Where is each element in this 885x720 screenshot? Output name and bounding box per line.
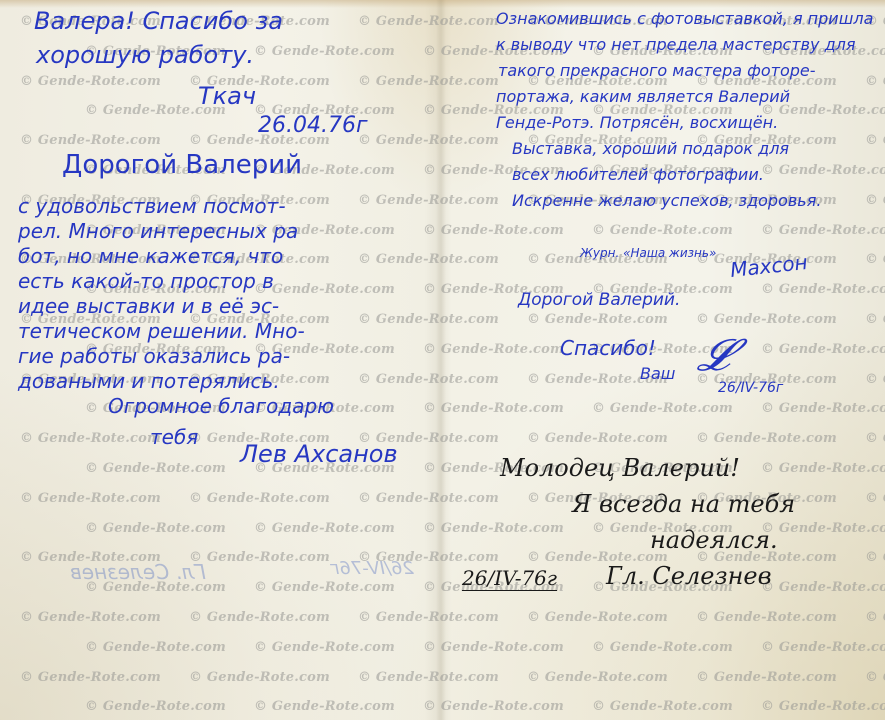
- right-entry1-line: Гендe-Ротэ. Потрясён, восхищён.: [496, 110, 873, 136]
- right-entry1-affiliation: Журн. «Наша жизнь»: [580, 246, 716, 260]
- right-entry3-line: Я всегда на тебя: [500, 486, 795, 522]
- left-entry2-line: бот, но мне кажется, что: [18, 244, 334, 269]
- right-entry1-line: Выставка, хороший подарок для: [496, 136, 873, 162]
- right-entry1-line: Искренне желаю успехов, здоровья.: [496, 188, 873, 214]
- left-entry2-line: с удовольствием посмот-: [18, 194, 334, 219]
- right-entry1-line: к выводу что нет предела мастерству для: [496, 32, 873, 58]
- right-entry1-body: Ознакомившись с фотовыставкой, я пришла …: [496, 6, 873, 214]
- left-entry2-line: Огромное благодарю: [18, 394, 334, 419]
- right-entry2-closing: Ваш: [640, 364, 675, 383]
- right-entry3-body: Молодец Валерий! Я всегда на тебя надеял…: [500, 450, 795, 558]
- right-entry3-line: Молодец Валерий!: [500, 450, 795, 486]
- left-entry2-line: тетическом решении. Мно-: [18, 319, 334, 344]
- left-entry1-line: хорошую работу.: [34, 38, 283, 72]
- left-entry2-greeting: Дорогой Валерий: [62, 150, 302, 180]
- right-entry2-line: Спасибо!: [560, 336, 656, 360]
- left-entry2-line: рел. Много интересных ра: [18, 219, 334, 244]
- left-entry2-line: идее выставки и в её эс-: [18, 294, 334, 319]
- right-entry3-date: 26/IV-76г: [462, 566, 557, 591]
- left-entry1: Валера! Спасибо за хорошую работу.: [34, 4, 283, 72]
- right-entry1-line: портажа, каким является Валерий: [496, 84, 873, 110]
- left-entry2-line: есть какой-то простор в: [18, 269, 334, 294]
- left-entry1-date: 26.04.76г: [258, 113, 368, 138]
- right-entry1-line: такого прекрасного мастера фоторе-: [496, 58, 873, 84]
- left-entry2-line: гие работы оказались ра-: [18, 344, 334, 369]
- right-entry2-date: 26/IV-76г: [718, 380, 783, 396]
- right-entry1-line: Ознакомившись с фотовыставкой, я пришла: [496, 6, 873, 32]
- right-entry3-signature: Гл. Селезнев: [606, 562, 772, 590]
- left-entry2-closing: тебя: [150, 425, 198, 449]
- left-entry2-body: с удовольствием посмот- рел. Много интер…: [18, 194, 334, 419]
- right-entry3-line: надеялся.: [500, 522, 795, 558]
- left-entry2-signature: Лев Ахсанов: [240, 440, 398, 468]
- center-fold: [436, 0, 446, 720]
- bleed-through-signature: Гл. Селезнев: [70, 560, 206, 584]
- bleed-through-date: 26/IV-76г: [330, 558, 414, 579]
- left-entry2-line: доваными и потерялись.: [18, 369, 334, 394]
- right-entry2-greeting: Дорогой Валерий.: [518, 290, 680, 310]
- right-entry1-line: всех любителей фотографии.: [496, 162, 873, 188]
- left-entry1-signature: Ткач: [198, 82, 256, 110]
- left-entry1-line: Валера! Спасибо за: [34, 4, 283, 38]
